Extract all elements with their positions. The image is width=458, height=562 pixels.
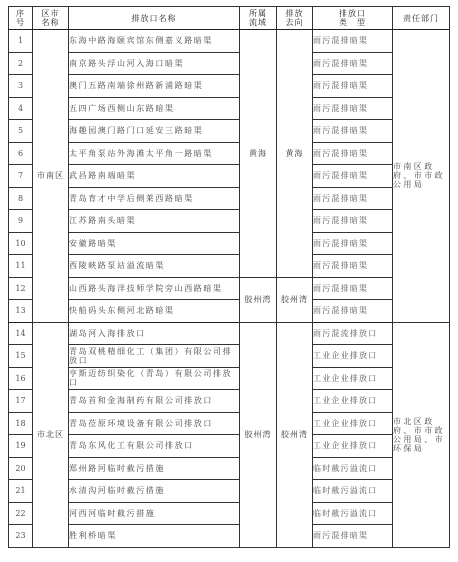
table-row: 3 澳门五路南端徐州路新浦路暗渠 雨污混排暗渠 xyxy=(9,75,450,98)
outlet-type: 工业企业排放口 xyxy=(313,390,393,413)
outlet-type: 工业企业排放口 xyxy=(313,412,393,435)
table-row: 19 青岛东风化工有限公司排放口 工业企业排放口 xyxy=(9,435,450,458)
outlet-type: 雨污混排暗渠 xyxy=(313,97,393,120)
outlet-type: 临时截污溢流口 xyxy=(313,480,393,503)
row-no: 16 xyxy=(9,367,33,390)
row-no: 7 xyxy=(9,165,33,188)
district-cell: 市南区 xyxy=(33,30,69,323)
row-no: 12 xyxy=(9,277,33,300)
row-no: 3 xyxy=(9,75,33,98)
outlet-name: 澳门五路南端徐州路新浦路暗渠 xyxy=(69,75,240,98)
outlet-name: 郑州路河临时截污措施 xyxy=(69,457,240,480)
row-no: 6 xyxy=(9,142,33,165)
outlet-name: 青岛东风化工有限公司排放口 xyxy=(69,435,240,458)
table-row: 2 南京路头浮山河入海口暗渠 雨污混排暗渠 xyxy=(9,52,450,75)
row-no: 10 xyxy=(9,232,33,255)
row-no: 8 xyxy=(9,187,33,210)
table-row: 9 江苏路南头暗渠 雨污混排暗渠 xyxy=(9,210,450,233)
header-name: 排放口名称 xyxy=(69,7,240,30)
outlet-type: 雨污混排暗渠 xyxy=(313,187,393,210)
outlet-name: 东海中路海颐宾馆东侧嘉义路暗渠 xyxy=(69,30,240,53)
outlet-name: 五四广场西侧山东路暗渠 xyxy=(69,97,240,120)
outlet-type: 雨污混排暗渠 xyxy=(313,232,393,255)
table-row: 11 西陵峡路泵站溢流暗渠 雨污混排暗渠 xyxy=(9,255,450,278)
row-no: 1 xyxy=(9,30,33,53)
row-no: 13 xyxy=(9,300,33,323)
header-no: 序号 xyxy=(9,7,33,30)
basin-cell: 黄海 xyxy=(240,30,277,278)
outlet-name: 湖岛河入海排放口 xyxy=(69,322,240,345)
table-row: 13 快船码头东侧河北路暗渠 雨污混排暗渠 xyxy=(9,300,450,323)
outlet-type: 雨污混排暗渠 xyxy=(313,300,393,323)
table-row: 15 青岛双桃精细化工（集团）有限公司排放口 工业企业排放口 xyxy=(9,345,450,368)
outlet-type: 雨污混排暗渠 xyxy=(313,165,393,188)
outlet-type: 雨污混排暗渠 xyxy=(313,120,393,143)
row-no: 23 xyxy=(9,525,33,548)
outlet-type: 工业企业排放口 xyxy=(313,435,393,458)
header-basin: 所属流域 xyxy=(240,7,277,30)
table-row: 6 太平角泵站外海滩太平角一路暗渠 雨污混排暗渠 xyxy=(9,142,450,165)
table-row: 17 青岛首和金海制药有限公司排放口 工业企业排放口 xyxy=(9,390,450,413)
row-no: 9 xyxy=(9,210,33,233)
row-no: 2 xyxy=(9,52,33,75)
outlet-name: 南京路头浮山河入海口暗渠 xyxy=(69,52,240,75)
direction-cell: 胶州湾 xyxy=(277,322,313,547)
row-no: 21 xyxy=(9,480,33,503)
basin-cell: 胶州湾 xyxy=(240,322,277,547)
outlet-type: 雨污混排暗渠 xyxy=(313,277,393,300)
row-no: 11 xyxy=(9,255,33,278)
header-row: 序号 区市名称 排放口名称 所属流域 排放去向 排放口类 型 责任部门 xyxy=(9,7,450,30)
outlet-name: 安徽路暗渠 xyxy=(69,232,240,255)
outlet-name: 太平角泵站外海滩太平角一路暗渠 xyxy=(69,142,240,165)
outlet-name: 快船码头东侧河北路暗渠 xyxy=(69,300,240,323)
outlet-name: 武昌路南端暗渠 xyxy=(69,165,240,188)
header-direction: 排放去向 xyxy=(277,7,313,30)
outlet-type: 工业企业排放口 xyxy=(313,367,393,390)
header-type: 排放口类 型 xyxy=(313,7,393,30)
table-row: 8 青岛育才中学后侧莱西路暗渠 雨污混排暗渠 xyxy=(9,187,450,210)
outlet-type: 雨污混排暗渠 xyxy=(313,75,393,98)
outlet-type: 雨污混排暗渠 xyxy=(313,525,393,548)
header-dept: 责任部门 xyxy=(393,7,450,30)
header-district: 区市名称 xyxy=(33,7,69,30)
outlet-name: 青岛双桃精细化工（集团）有限公司排放口 xyxy=(69,345,240,368)
outlet-name: 青岛首和金海制药有限公司排放口 xyxy=(69,390,240,413)
basin-cell: 胶州湾 xyxy=(240,277,277,322)
table-row: 14 市北区 湖岛河入海排放口 胶州湾 胶州湾 雨污混流排放口 市北区政府、市市… xyxy=(9,322,450,345)
outlet-name: 海趣园澳门路门口延安三路暗渠 xyxy=(69,120,240,143)
outlet-name: 亨斯迈纺织染化（青岛）有限公司排放口 xyxy=(69,367,240,390)
district-cell: 市北区 xyxy=(33,322,69,547)
row-no: 4 xyxy=(9,97,33,120)
row-no: 18 xyxy=(9,412,33,435)
outlet-type: 雨污混流排放口 xyxy=(313,322,393,345)
outlet-type: 雨污混排暗渠 xyxy=(313,30,393,53)
table-row: 22 河西河临时截污措施 临时截污溢流口 xyxy=(9,502,450,525)
outfall-table: 序号 区市名称 排放口名称 所属流域 排放去向 排放口类 型 责任部门 1 市南… xyxy=(8,6,450,548)
outlet-name: 水清沟河临时截污措施 xyxy=(69,480,240,503)
row-no: 5 xyxy=(9,120,33,143)
direction-cell: 胶州湾 xyxy=(277,277,313,322)
outlet-name: 青岛育才中学后侧莱西路暗渠 xyxy=(69,187,240,210)
outlet-name: 胜利桥暗渠 xyxy=(69,525,240,548)
table-row: 10 安徽路暗渠 雨污混排暗渠 xyxy=(9,232,450,255)
outlet-name: 山西路头海洋技师学院旁山西路暗渠 xyxy=(69,277,240,300)
outlet-type: 雨污混排暗渠 xyxy=(313,142,393,165)
table-row: 21 水清沟河临时截污措施 临时截污溢流口 xyxy=(9,480,450,503)
table-row: 7 武昌路南端暗渠 雨污混排暗渠 xyxy=(9,165,450,188)
row-no: 14 xyxy=(9,322,33,345)
dept-cell: 市南区政府、市市政公用局 xyxy=(393,30,450,323)
table-row: 12 山西路头海洋技师学院旁山西路暗渠 胶州湾 胶州湾 雨污混排暗渠 xyxy=(9,277,450,300)
row-no: 17 xyxy=(9,390,33,413)
row-no: 20 xyxy=(9,457,33,480)
outlet-type: 临时截污溢流口 xyxy=(313,457,393,480)
outlet-name: 西陵峡路泵站溢流暗渠 xyxy=(69,255,240,278)
outlet-name: 河西河临时截污措施 xyxy=(69,502,240,525)
table-row: 20 郑州路河临时截污措施 临时截污溢流口 xyxy=(9,457,450,480)
direction-cell: 黄海 xyxy=(277,30,313,278)
outlet-name: 青岛莅原环境设备有限公司排放口 xyxy=(69,412,240,435)
table-row: 18 青岛莅原环境设备有限公司排放口 工业企业排放口 xyxy=(9,412,450,435)
outlet-type: 雨污混排暗渠 xyxy=(313,210,393,233)
outlet-type: 雨污混排暗渠 xyxy=(313,52,393,75)
row-no: 15 xyxy=(9,345,33,368)
table-row: 4 五四广场西侧山东路暗渠 雨污混排暗渠 xyxy=(9,97,450,120)
table-row: 1 市南区 东海中路海颐宾馆东侧嘉义路暗渠 黄海 黄海 雨污混排暗渠 市南区政府… xyxy=(9,30,450,53)
outlet-type: 工业企业排放口 xyxy=(313,345,393,368)
row-no: 19 xyxy=(9,435,33,458)
table-row: 16 亨斯迈纺织染化（青岛）有限公司排放口 工业企业排放口 xyxy=(9,367,450,390)
dept-cell: 市北区政府、市市政公用局、市环保局 xyxy=(393,322,450,547)
table-row: 5 海趣园澳门路门口延安三路暗渠 雨污混排暗渠 xyxy=(9,120,450,143)
table-row: 23 胜利桥暗渠 雨污混排暗渠 xyxy=(9,525,450,548)
outlet-type: 雨污混排暗渠 xyxy=(313,255,393,278)
row-no: 22 xyxy=(9,502,33,525)
outlet-name: 江苏路南头暗渠 xyxy=(69,210,240,233)
outlet-type: 临时截污溢流口 xyxy=(313,502,393,525)
